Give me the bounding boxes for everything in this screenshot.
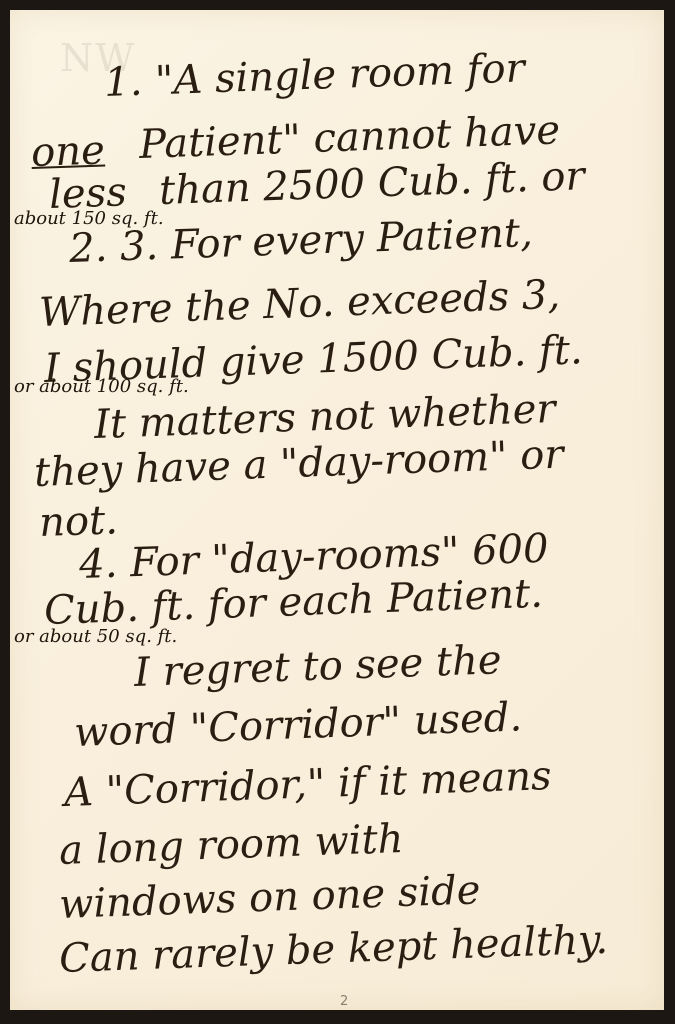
handwritten-line-13: word "Corridor" used.: [73, 694, 522, 756]
handwritten-line-9: not.: [38, 497, 118, 546]
margin-word-one: one: [30, 127, 105, 176]
handwritten-line-15: a long room with: [58, 816, 404, 874]
handwritten-line-16: windows on one side: [58, 867, 481, 928]
page-number: 2: [340, 994, 348, 1009]
handwritten-line-5: Where the No. exceeds 3,: [38, 272, 560, 336]
handwritten-line-17: Can rarely be kept healthy.: [58, 917, 608, 982]
handwritten-line-12: I regret to see the: [133, 637, 502, 696]
handwritten-line-1: 1. "A single room for: [103, 45, 525, 106]
annotation-100-sqft: or about 100 sq. ft.: [14, 376, 189, 397]
manuscript-page: NW 1. "A single room for one Patient" ca…: [10, 10, 664, 1010]
handwritten-line-14: A "Corridor," if it means: [63, 753, 552, 816]
annotation-50-sqft: or about 50 sq. ft.: [14, 626, 177, 647]
